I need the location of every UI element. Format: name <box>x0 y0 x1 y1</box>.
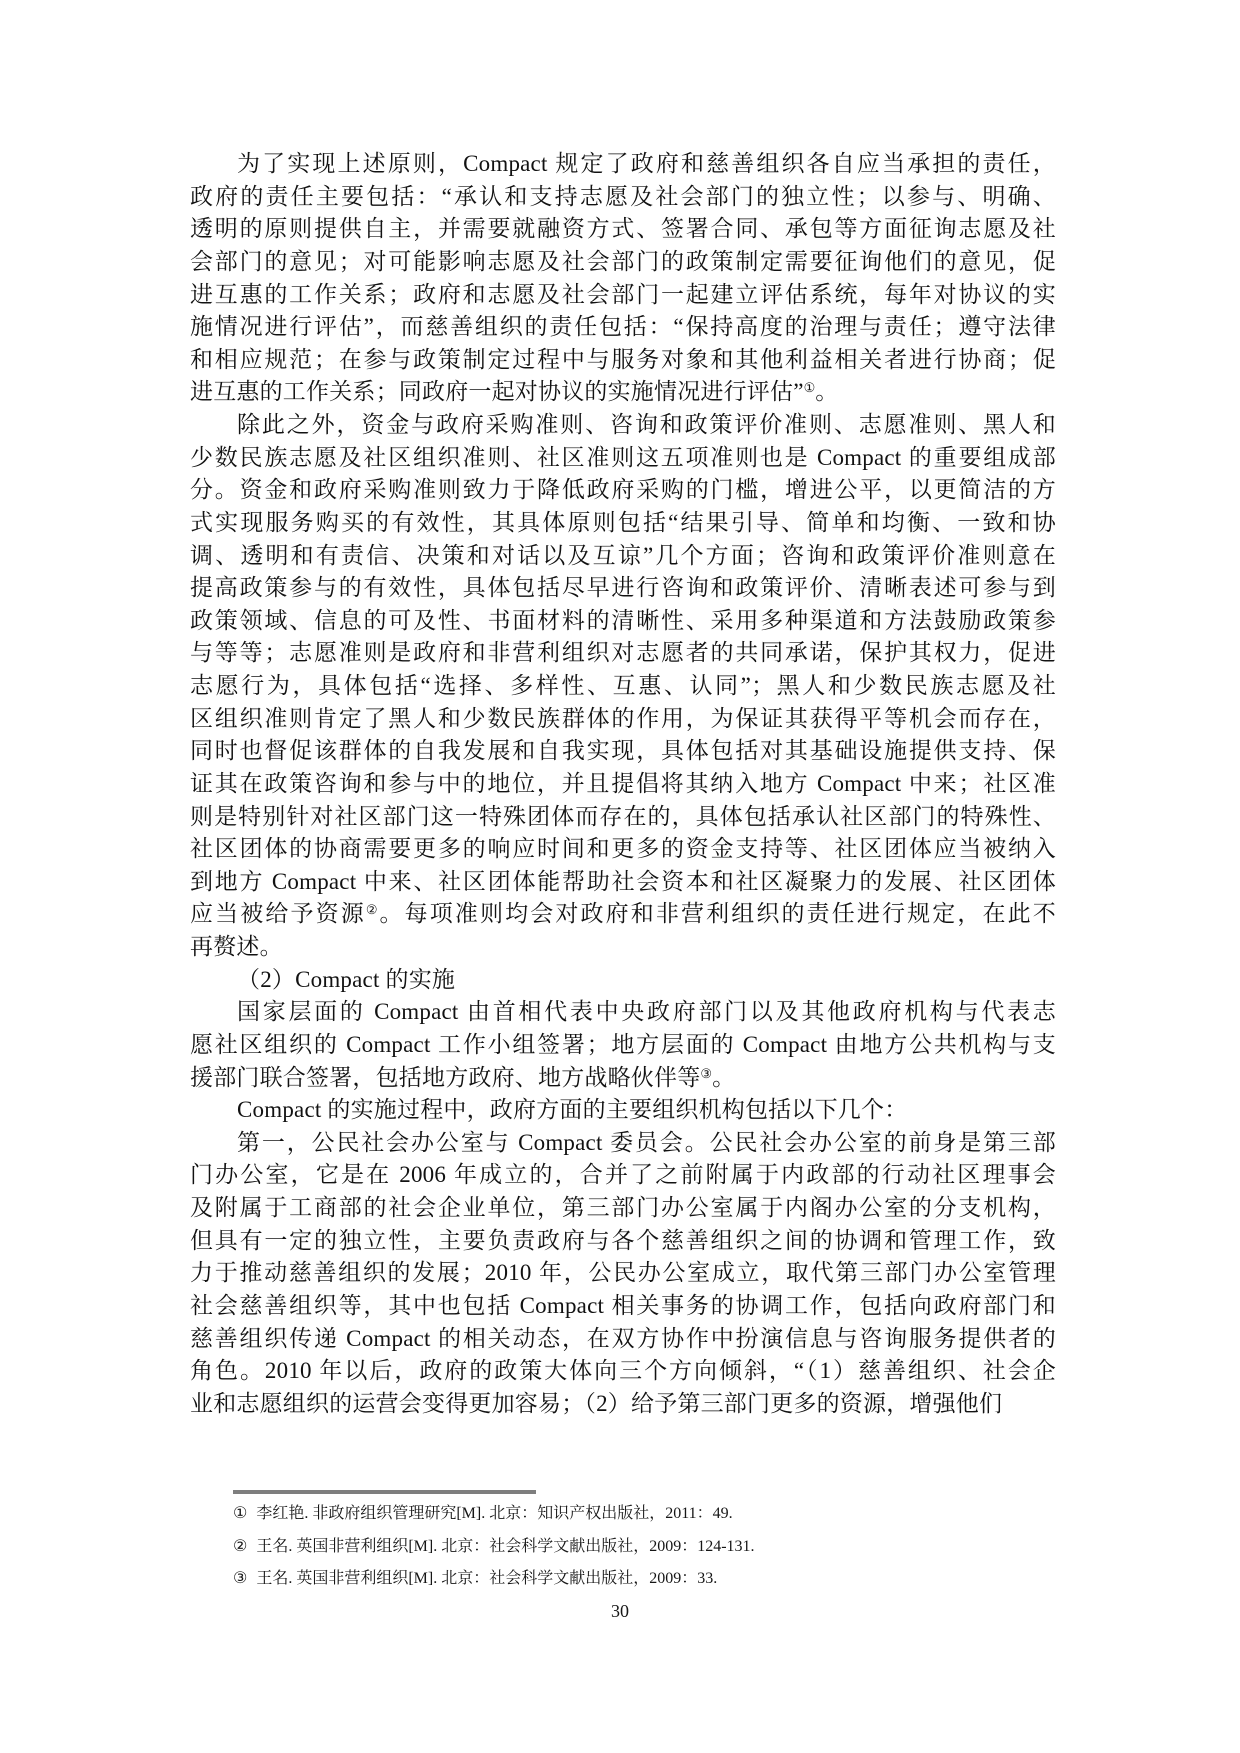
body-line: 为了实现上述原则，Compact 规定了政府和慈善组织各自应当承担的责任， <box>190 148 1056 181</box>
footnote-item: ①李红艳. 非政府组织管理研究[M]. 北京：知识产权出版社，2011：49. <box>233 1498 1063 1531</box>
body-line: 同时也督促该群体的自我发展和自我实现，具体包括对其基础设施提供支持、保 <box>190 735 1056 768</box>
footnote-text: 王名. 英国非营利组织[M]. 北京：社会科学文献出版社，2009：124-13… <box>256 1538 754 1555</box>
body-line: 力于推动慈善组织的发展；2010 年，公民办公室成立，取代第三部门办公室管理 <box>190 1257 1056 1290</box>
body-line: 社区团体的协商需要更多的响应时间和更多的资金支持等、社区团体应当被纳入 <box>190 833 1056 866</box>
body-line: 会部门的意见；对可能影响志愿及社会部门的政策制定需要征询他们的意见，促 <box>190 246 1056 279</box>
body-line: 政府的责任主要包括：“承认和支持志愿及社会部门的独立性；以参与、明确、 <box>190 181 1056 214</box>
body-line: 社会慈善组织等，其中也包括 Compact 相关事务的协调工作，包括向政府部门和 <box>190 1290 1056 1323</box>
paragraph: 第一，公民社会办公室与 Compact 委员会。公民社会办公室的前身是第三部门办… <box>190 1127 1056 1421</box>
body-line: 与等等；志愿准则是政府和非营利组织对志愿者的共同承诺，保护其权力，促进 <box>190 637 1056 670</box>
body-line: 但具有一定的独立性，主要负责政府与各个慈善组织之间的协调和管理工作，致 <box>190 1225 1056 1258</box>
document-page: 为了实现上述原则，Compact 规定了政府和慈善组织各自应当承担的责任，政府的… <box>0 0 1240 1753</box>
body-line: 角色。2010 年以后，政府的政策大体向三个方向倾斜，“（1）慈善组织、社会企 <box>190 1355 1056 1388</box>
body-line: 少数民族志愿及社区组织准则、社区准则这五项准则也是 Compact 的重要组成部 <box>190 442 1056 475</box>
footnote-item: ③王名. 英国非营利组织[M]. 北京：社会科学文献出版社，2009：33. <box>233 1563 1063 1596</box>
body-line: 业和志愿组织的运营会变得更加容易；（2）给予第三部门更多的资源，增强他们 <box>190 1388 1056 1421</box>
body-line: 国家层面的 Compact 由首相代表中央政府部门以及其他政府机构与代表志 <box>190 996 1056 1029</box>
body-line: 援部门联合签署，包括地方政府、地方战略伙伴等③。 <box>190 1062 1056 1095</box>
body-line: 进互惠的工作关系；政府和志愿及社会部门一起建立评估系统，每年对协议的实 <box>190 279 1056 312</box>
body-line: 调、透明和有责信、决策和对话以及互谅”几个方面；咨询和政策评价准则意在 <box>190 540 1056 573</box>
body-line: 应当被给予资源②。每项准则均会对政府和非营利组织的责任进行规定，在此不 <box>190 898 1056 931</box>
paragraph: 除此之外，资金与政府采购准则、咨询和政策评价准则、志愿准则、黑人和少数民族志愿及… <box>190 409 1056 964</box>
body-line: 区组织准则肯定了黑人和少数民族群体的作用，为保证其获得平等机会而存在， <box>190 703 1056 736</box>
body-line: 到地方 Compact 中来、社区团体能帮助社会资本和社区凝聚力的发展、社区团体 <box>190 866 1056 899</box>
footnote-marker: ② <box>233 1538 247 1555</box>
body-line: 愿社区组织的 Compact 工作小组签署；地方层面的 Compact 由地方公… <box>190 1029 1056 1062</box>
footnote-marker: ③ <box>233 1570 247 1587</box>
footnote-ref: ① <box>804 380 816 395</box>
footnote-text: 王名. 英国非营利组织[M]. 北京：社会科学文献出版社，2009：33. <box>256 1570 717 1587</box>
body-line: 进互惠的工作关系；同政府一起对协议的实施情况进行评估”①。 <box>190 376 1056 409</box>
body-line: 证其在政策咨询和参与中的地位，并且提倡将其纳入地方 Compact 中来；社区准 <box>190 768 1056 801</box>
body-line: Compact 的实施过程中，政府方面的主要组织机构包括以下几个： <box>190 1094 1056 1127</box>
body-line: 除此之外，资金与政府采购准则、咨询和政策评价准则、志愿准则、黑人和 <box>190 409 1056 442</box>
footnote-marker: ① <box>233 1505 247 1522</box>
body-line: 分。资金和政府采购准则致力于降低政府采购的门槛，增进公平，以更简洁的方 <box>190 474 1056 507</box>
body-line: 及附属于工商部的社会企业单位，第三部门办公室属于内阁办公室的分支机构， <box>190 1192 1056 1225</box>
body-line: 再赘述。 <box>190 931 1056 964</box>
footnote-list: ①李红艳. 非政府组织管理研究[M]. 北京：知识产权出版社，2011：49.②… <box>233 1498 1063 1596</box>
paragraph: 国家层面的 Compact 由首相代表中央政府部门以及其他政府机构与代表志愿社区… <box>190 996 1056 1094</box>
footnote-text: 李红艳. 非政府组织管理研究[M]. 北京：知识产权出版社，2011：49. <box>256 1505 732 1522</box>
body-line: 提高政策参与的有效性，具体包括尽早进行咨询和政策评价、清晰表述可参与到 <box>190 572 1056 605</box>
body-line: 志愿行为，具体包括“选择、多样性、互惠、认同”；黑人和少数民族志愿及社 <box>190 670 1056 703</box>
footnote-ref: ③ <box>700 1066 712 1081</box>
body-line: 式实现服务购买的有效性，其具体原则包括“结果引导、简单和均衡、一致和协 <box>190 507 1056 540</box>
body-line: 和相应规范；在参与政策制定过程中与服务对象和其他利益相关者进行协商；促 <box>190 344 1056 377</box>
body-line: （2）Compact 的实施 <box>190 964 1056 997</box>
paragraph: （2）Compact 的实施 <box>190 964 1056 997</box>
body-line: 则是特别针对社区部门这一特殊团体而存在的，具体包括承认社区部门的特殊性、 <box>190 801 1056 834</box>
footnote-area: ①李红艳. 非政府组织管理研究[M]. 北京：知识产权出版社，2011：49.②… <box>233 1490 1063 1596</box>
body-line: 第一，公民社会办公室与 Compact 委员会。公民社会办公室的前身是第三部 <box>190 1127 1056 1160</box>
footnote-ref: ② <box>366 902 380 917</box>
body-line: 政策领域、信息的可及性、书面材料的清晰性、采用多种渠道和方法鼓励政策参 <box>190 605 1056 638</box>
paragraph: Compact 的实施过程中，政府方面的主要组织机构包括以下几个： <box>190 1094 1056 1127</box>
paragraph: 为了实现上述原则，Compact 规定了政府和慈善组织各自应当承担的责任，政府的… <box>190 148 1056 409</box>
body-line: 门办公室，它是在 2006 年成立的，合并了之前附属于内政部的行动社区理事会 <box>190 1159 1056 1192</box>
footnote-separator-line <box>233 1490 536 1494</box>
body-line: 透明的原则提供自主，并需要就融资方式、签署合同、承包等方面征询志愿及社 <box>190 213 1056 246</box>
page-number: 30 <box>0 1601 1240 1622</box>
body-text: 为了实现上述原则，Compact 规定了政府和慈善组织各自应当承担的责任，政府的… <box>190 148 1056 1420</box>
body-line: 施情况进行评估”，而慈善组织的责任包括：“保持高度的治理与责任；遵守法律 <box>190 311 1056 344</box>
footnote-item: ②王名. 英国非营利组织[M]. 北京：社会科学文献出版社，2009：124-1… <box>233 1531 1063 1564</box>
body-line: 慈善组织传递 Compact 的相关动态，在双方协作中扮演信息与咨询服务提供者的 <box>190 1323 1056 1356</box>
